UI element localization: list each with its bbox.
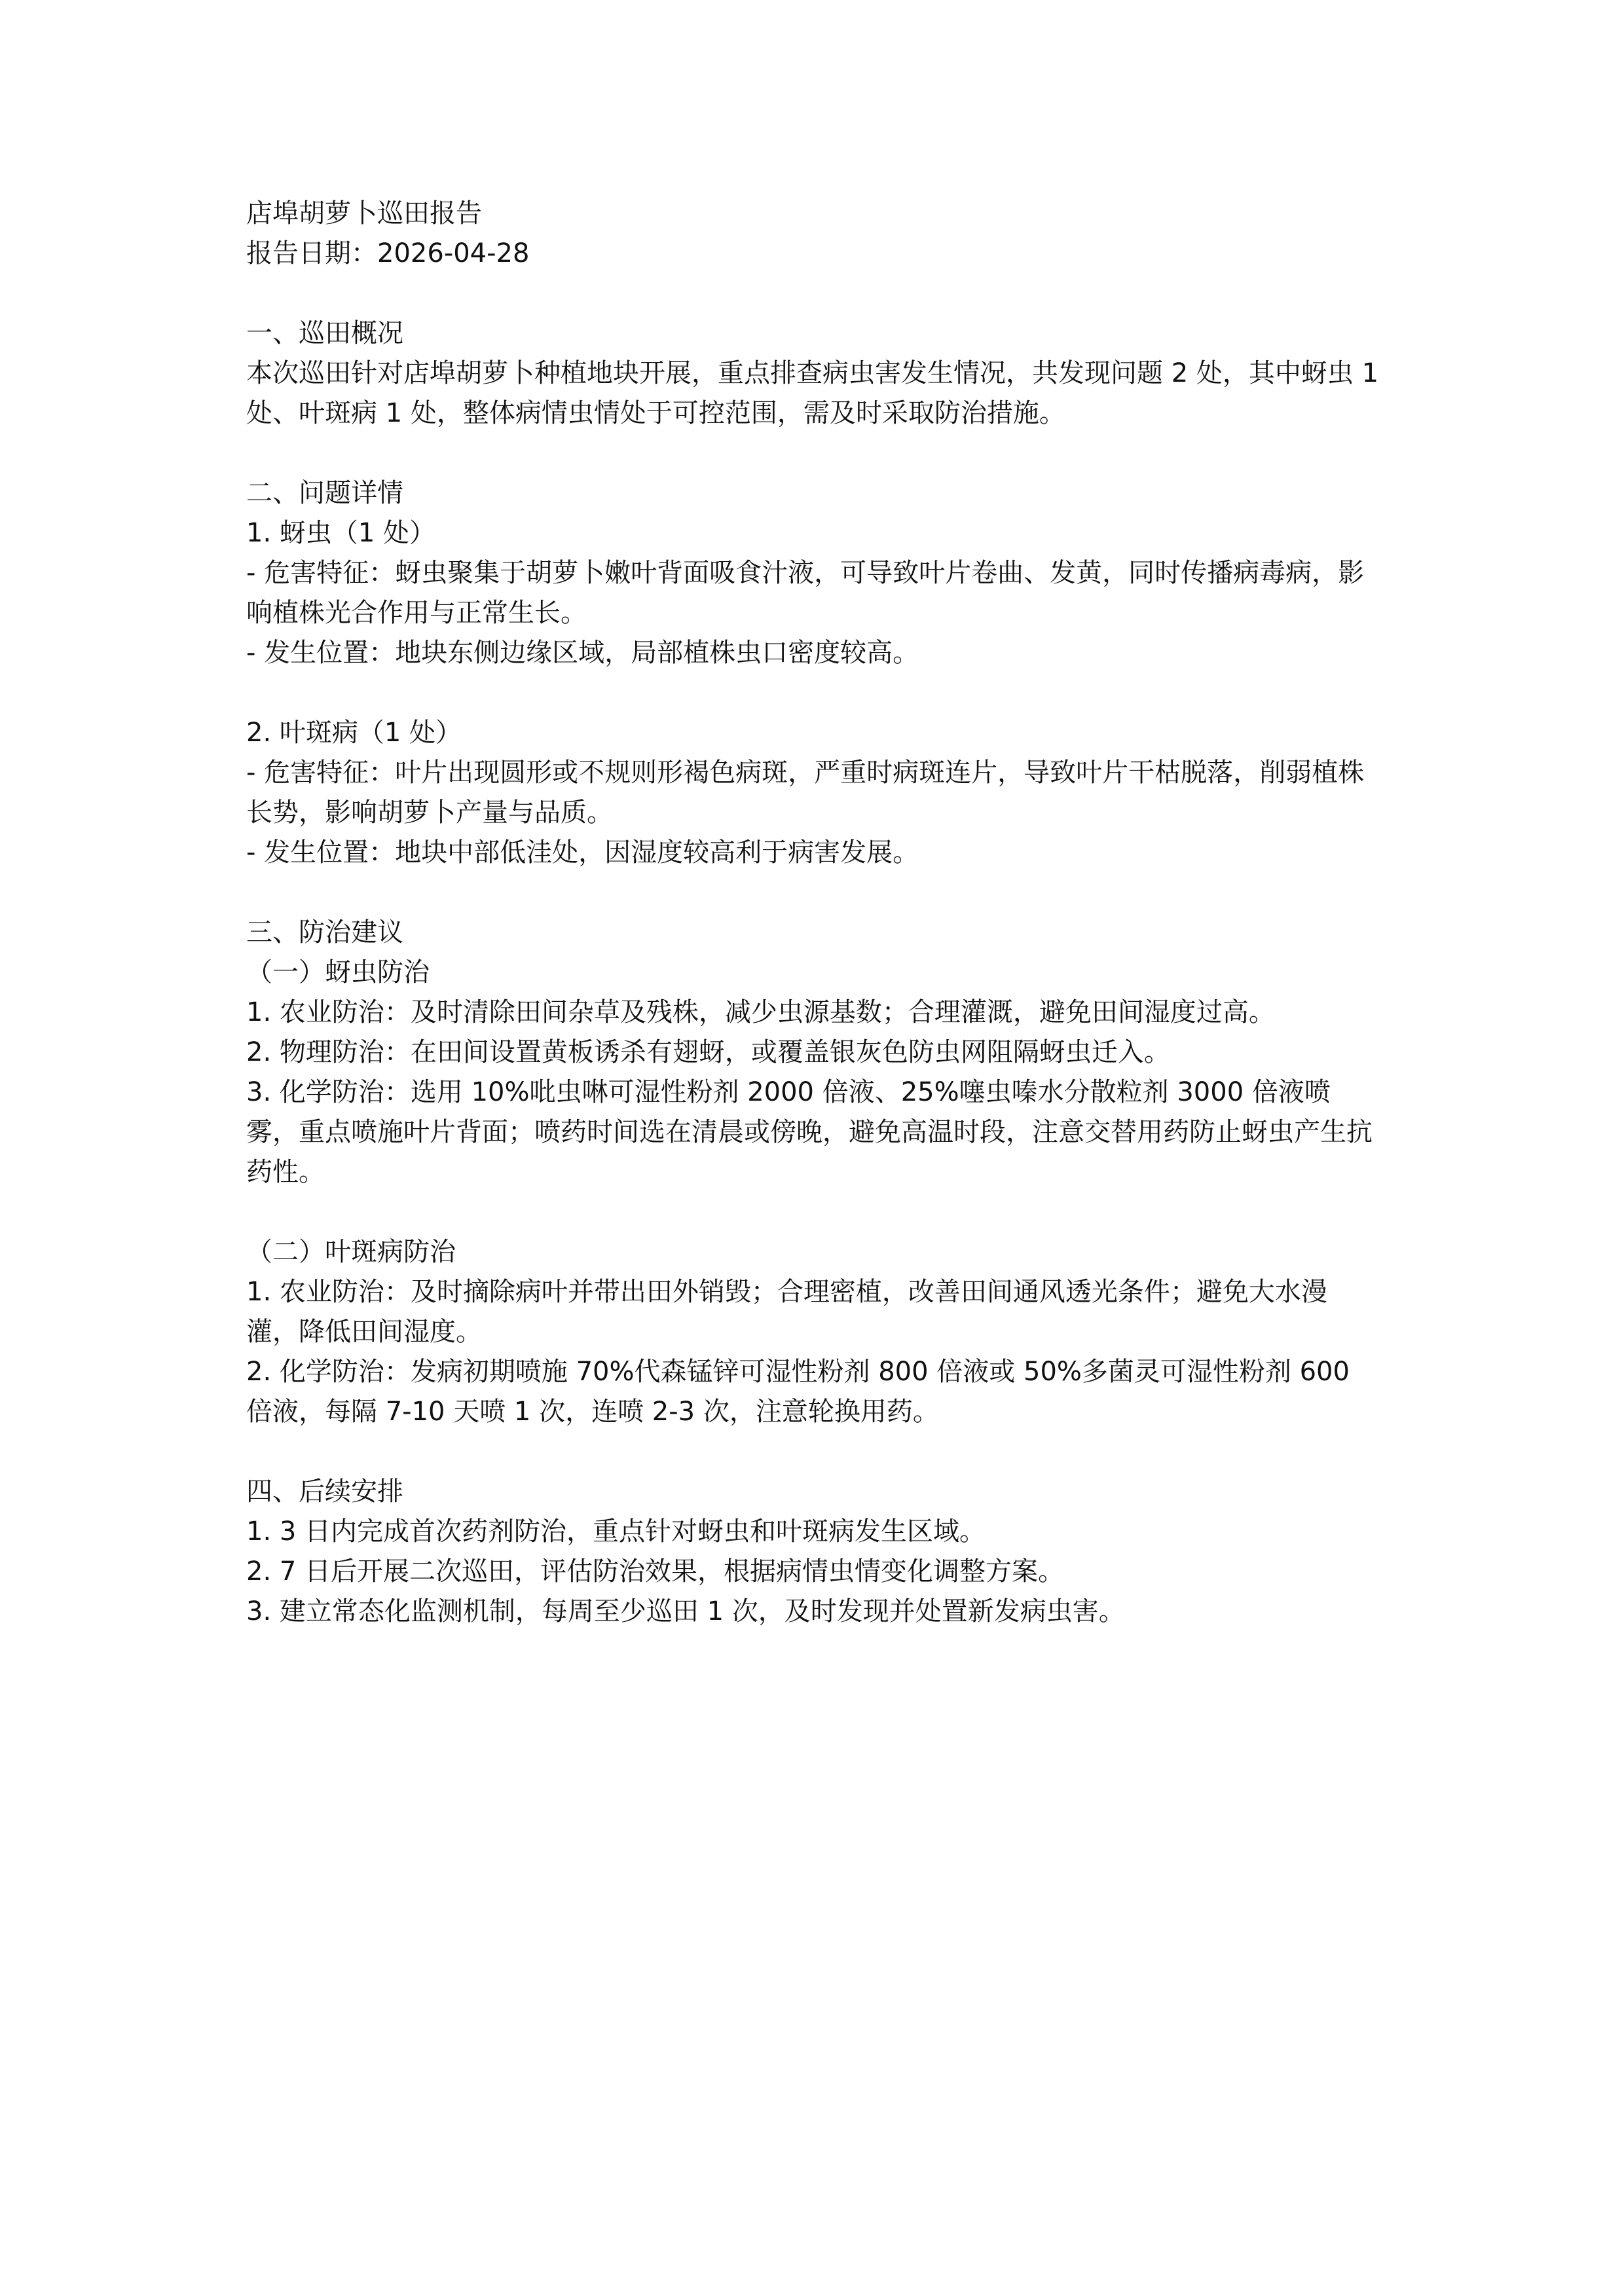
aphid-control-item: 2. 物理防治：在田间设置黄板诱杀有翅蚜，或覆盖银灰色防虫网阻隔蚜虫迁入。	[246, 1033, 1379, 1073]
followup-item: 1. 3 日内完成首次药剂防治，重点针对蚜虫和叶斑病发生区域。	[246, 1512, 1379, 1552]
issue-location-leaf-spot: - 发生位置：地块中部低洼处，因湿度较高利于病害发展。	[246, 833, 1379, 873]
overview-paragraph: 本次巡田针对店埠胡萝卜种植地块开展，重点排查病虫害发生情况，共发现问题 2 处，…	[246, 354, 1379, 433]
section-heading-followup: 四、后续安排	[246, 1472, 1379, 1512]
section-heading-overview: 一、巡田概况	[246, 314, 1379, 354]
followup-item: 3. 建立常态化监测机制，每周至少巡田 1 次，及时发现并处置新发病虫害。	[246, 1592, 1379, 1632]
spacer	[246, 873, 1379, 913]
report-title: 店埠胡萝卜巡田报告	[246, 194, 1379, 234]
spacer	[246, 1192, 1379, 1232]
issue-location-aphid: - 发生位置：地块东侧边缘区域，局部植株虫口密度较高。	[246, 633, 1379, 673]
spacer	[246, 673, 1379, 713]
section-heading-recommendations: 三、防治建议	[246, 913, 1379, 953]
aphid-control-item: 3. 化学防治：选用 10%吡虫啉可湿性粉剂 2000 倍液、25%噻虫嗪水分散…	[246, 1073, 1379, 1192]
issue-harm-leaf-spot: - 危害特征：叶片出现圆形或不规则形褐色病斑，严重时病斑连片，导致叶片干枯脱落，…	[246, 753, 1379, 833]
leaf-spot-control-item: 2. 化学防治：发病初期喷施 70%代森锰锌可湿性粉剂 800 倍液或 50%多…	[246, 1352, 1379, 1432]
spacer	[246, 274, 1379, 314]
followup-item: 2. 7 日后开展二次巡田，评估防治效果，根据病情虫情变化调整方案。	[246, 1552, 1379, 1592]
issue-title-leaf-spot: 2. 叶斑病（1 处）	[246, 713, 1379, 753]
spacer	[246, 1432, 1379, 1472]
section-heading-details: 二、问题详情	[246, 473, 1379, 513]
issue-harm-aphid: - 危害特征：蚜虫聚集于胡萝卜嫩叶背面吸食汁液，可导致叶片卷曲、发黄，同时传播病…	[246, 553, 1379, 633]
report-date: 报告日期：2026-04-28	[246, 234, 1379, 274]
document-page: 店埠胡萝卜巡田报告 报告日期：2026-04-28 一、巡田概况 本次巡田针对店…	[246, 194, 1379, 1632]
spacer	[246, 433, 1379, 473]
aphid-control-item: 1. 农业防治：及时清除田间杂草及残株，减少虫源基数；合理灌溉，避免田间湿度过高…	[246, 993, 1379, 1033]
leaf-spot-control-item: 1. 农业防治：及时摘除病叶并带出田外销毁；合理密植，改善田间通风透光条件；避免…	[246, 1272, 1379, 1352]
issue-title-aphid: 1. 蚜虫（1 处）	[246, 513, 1379, 553]
subheading-aphid-control: （一）蚜虫防治	[246, 953, 1379, 993]
subheading-leaf-spot-control: （二）叶斑病防治	[246, 1232, 1379, 1272]
